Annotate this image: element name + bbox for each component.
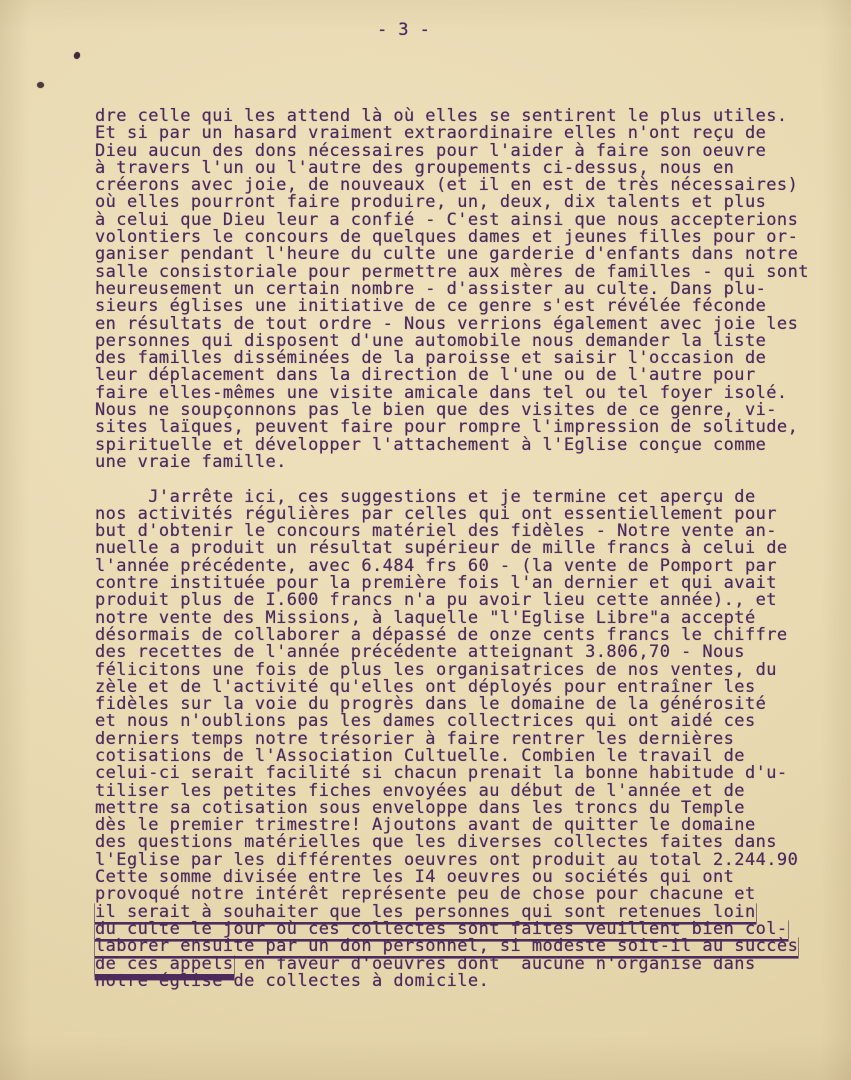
text-segment: notre église de collectes à domicile. xyxy=(95,971,489,991)
text-line: notre église de collectes à domicile. xyxy=(95,973,835,990)
paragraph: dre celle qui les attend là où elles se … xyxy=(95,108,835,471)
text-line: une vraie famille. xyxy=(95,454,835,471)
paper: - 3 - dre celle qui les attend là où ell… xyxy=(0,0,851,1080)
paragraph: J'arrête ici, ces suggestions et je term… xyxy=(95,489,835,991)
ink-speck xyxy=(37,82,44,88)
text-segment: une vraie famille. xyxy=(95,452,287,472)
typewritten-text: dre celle qui les attend là où elles se … xyxy=(95,108,835,990)
page-number: - 3 - xyxy=(377,21,430,39)
ink-speck xyxy=(73,51,81,60)
